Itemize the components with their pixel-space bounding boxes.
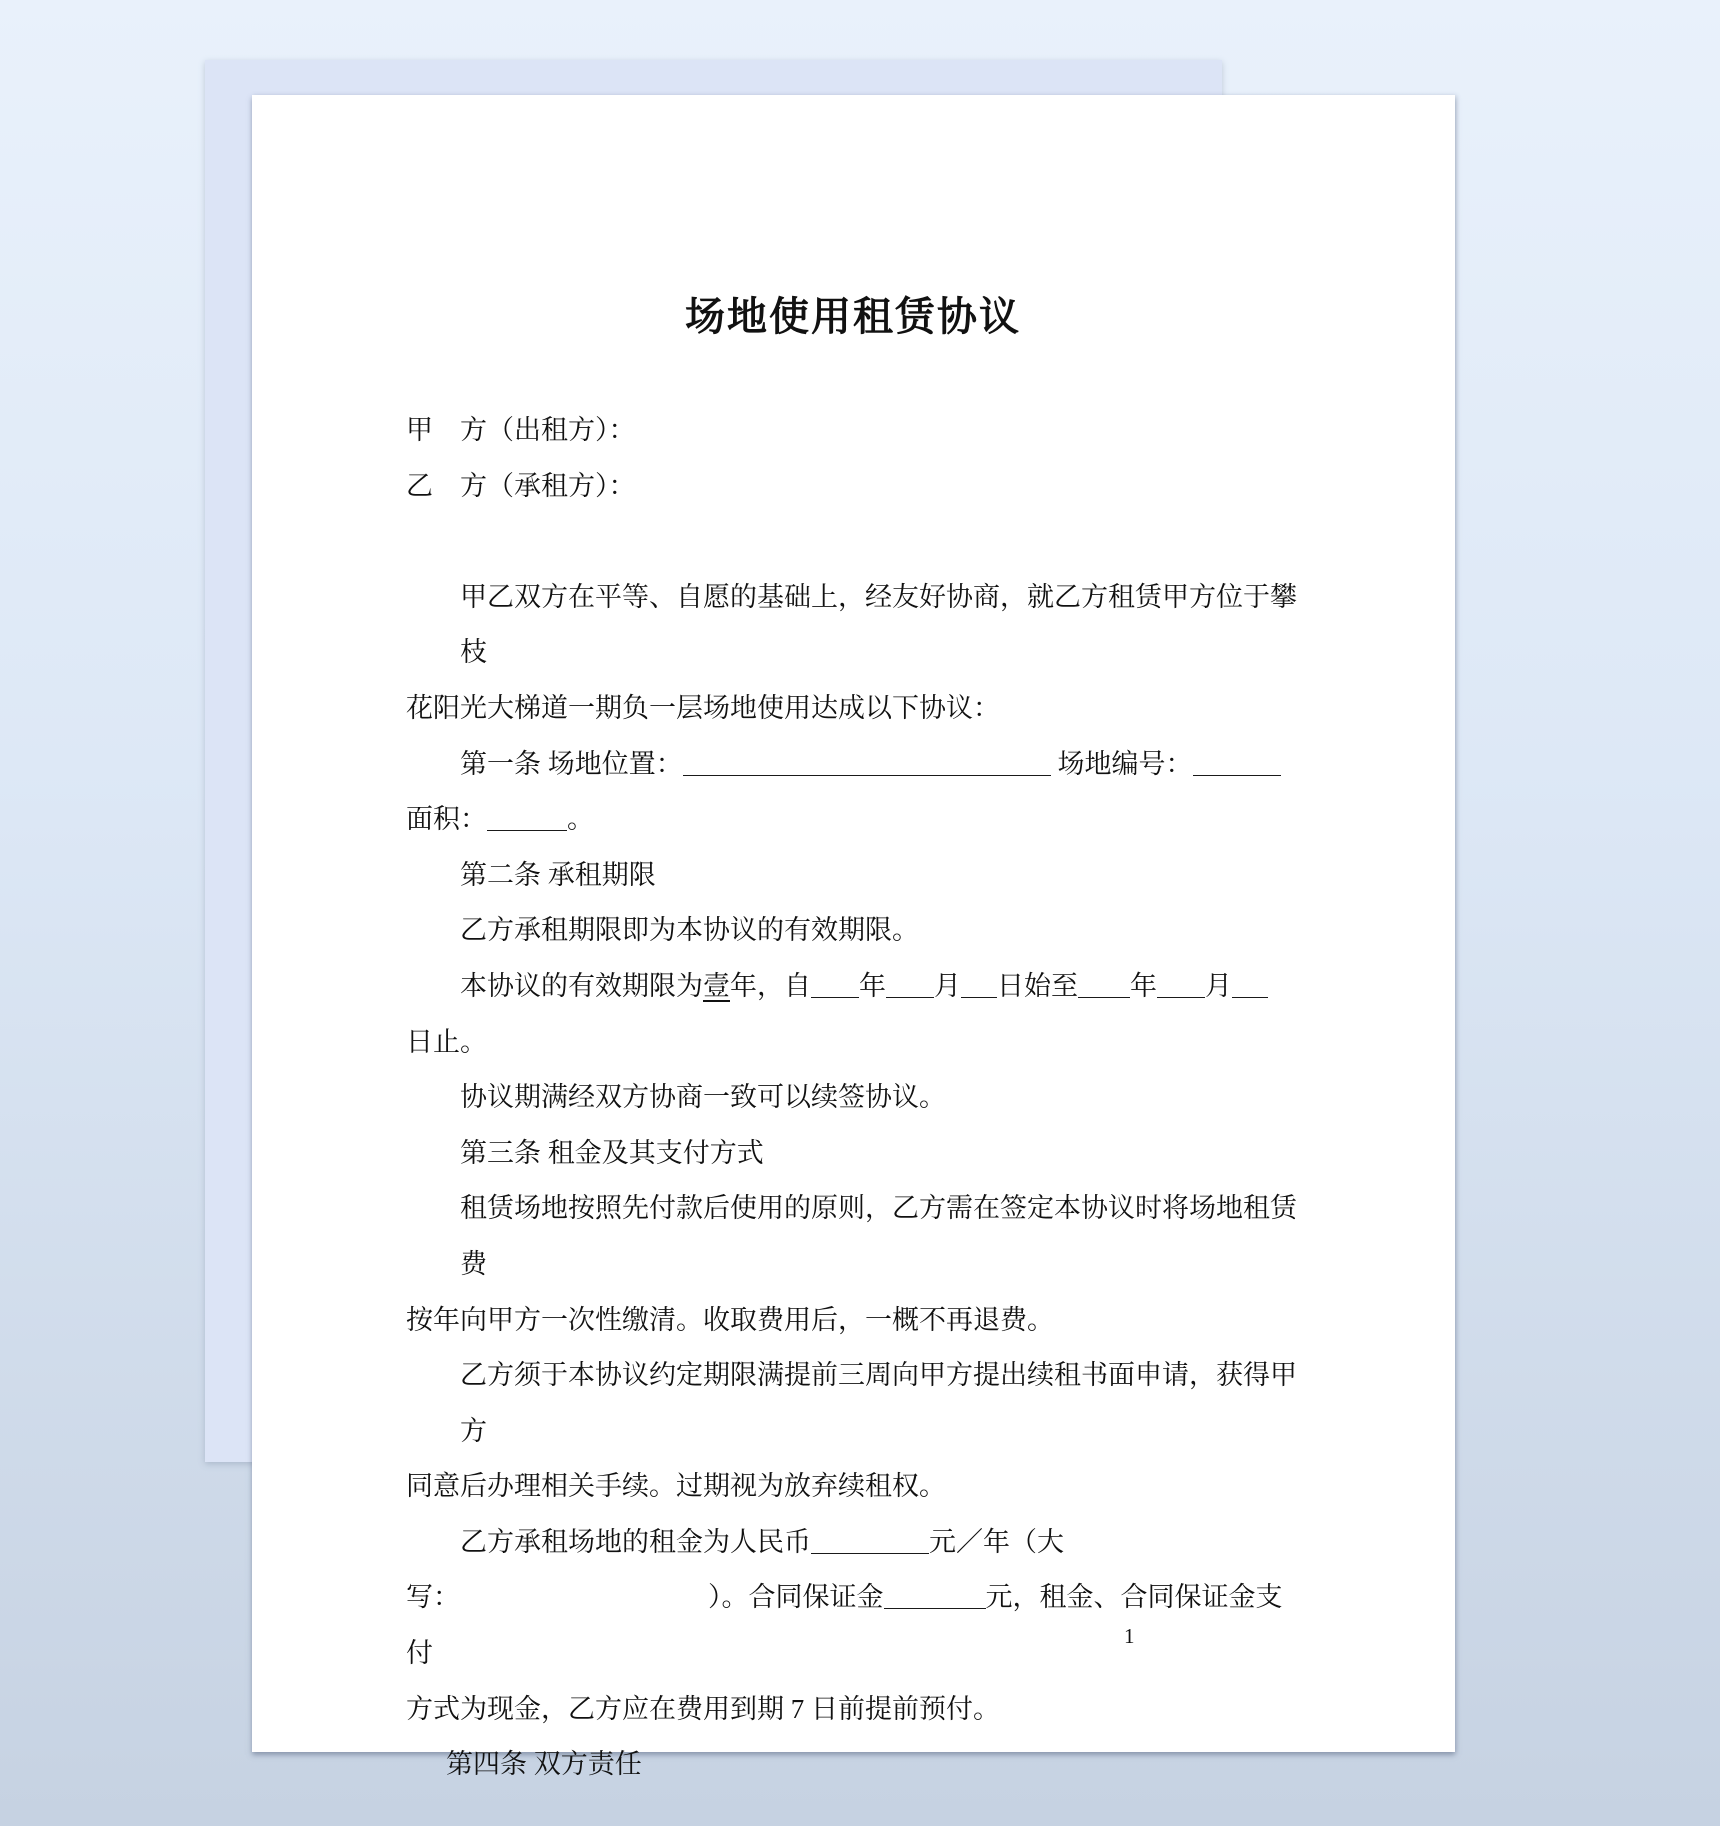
term-line-1: 乙方承租期限即为本协议的有效期限。 (406, 903, 1300, 959)
text-run: 。 (567, 804, 594, 834)
text-run: 日止。 (406, 1027, 487, 1057)
term-line-3: 日止。 (406, 1015, 1300, 1071)
rent-line-1: 租赁场地按照先付款后使用的原则，乙方需在签定本协议时将场地租赁费 (406, 1181, 1300, 1292)
text-run: 方式为现金，乙方应在费用到期 7 日前提前预付。 (406, 1694, 1000, 1724)
area-line: 面积：。 (406, 792, 1300, 848)
text-run: 第一条 场地位置： (460, 749, 683, 779)
renewal-line: 协议期满经双方协商一致可以续签协议。 (406, 1070, 1300, 1126)
text-run: 第三条 租金及其支付方式 (460, 1138, 764, 1168)
text-run: 元／年（大 (929, 1527, 1064, 1557)
text-run: 同意后办理相关手续。过期视为放弃续租权。 (406, 1471, 946, 1501)
fill-in-blank (1193, 748, 1281, 776)
text-run: 写： (406, 1582, 460, 1612)
fill-in-blank (1157, 970, 1205, 998)
text-run: 第四条 双方责任 (446, 1749, 642, 1779)
fill-in-blank (886, 970, 934, 998)
renewal-notice-line-1: 乙方须于本协议约定期限满提前三周向甲方提出续租书面申请，获得甲方 (406, 1348, 1300, 1459)
text-run: 年 (1130, 971, 1157, 1001)
rent-amount-line-2: 写：）。合同保证金元，租金、合同保证金支付 (406, 1570, 1300, 1681)
text-run: 场地编号： (1051, 749, 1193, 779)
text-run: 年 (859, 971, 886, 1001)
article-2-heading: 第二条 承租期限 (406, 848, 1300, 904)
fill-in-blank (811, 1526, 929, 1554)
party-b-line: 乙 方（承租方）： (406, 459, 1300, 515)
renewal-notice-line-2: 同意后办理相关手续。过期视为放弃续租权。 (406, 1459, 1300, 1515)
fill-in-blank (884, 1581, 986, 1609)
text-run: 甲乙双方在平等、自愿的基础上，经友好协商，就乙方租赁甲方位于攀枝 (460, 582, 1297, 668)
text-run: ）。合同保证金 (708, 1582, 884, 1612)
underlined-text: 壹 (703, 971, 730, 1001)
fill-in-blank (961, 970, 997, 998)
rent-line-2: 按年向甲方一次性缴清。收取费用后，一概不再退费。 (406, 1293, 1300, 1349)
rent-amount-line-1: 乙方承租场地的租金为人民币元／年（大 (406, 1515, 1300, 1571)
text-run: 乙方承租期限即为本协议的有效期限。 (460, 915, 919, 945)
article-1-line: 第一条 场地位置： 场地编号： (406, 737, 1300, 793)
text-run: 第二条 承租期限 (460, 860, 656, 890)
text-run: 本协议的有效期限为 (460, 971, 703, 1001)
document-page: 场地使用租赁协议 甲 方（出租方）：乙 方（承租方）：甲乙双方在平等、自愿的基础… (252, 95, 1455, 1752)
text-run: 租赁场地按照先付款后使用的原则，乙方需在签定本协议时将场地租赁费 (460, 1193, 1297, 1279)
rent-amount-line-3: 方式为现金，乙方应在费用到期 7 日前提前预付。 (406, 1682, 1300, 1738)
text-run: 花阳光大梯道一期负一层场地使用达成以下协议： (406, 693, 1000, 723)
document-body: 甲 方（出租方）：乙 方（承租方）：甲乙双方在平等、自愿的基础上，经友好协商，就… (406, 403, 1300, 1793)
fill-in-blank (1232, 970, 1268, 998)
party-a-line: 甲 方（出租方）： (406, 403, 1300, 459)
text-run: 甲 方（出租方）： (406, 415, 636, 445)
preamble-line-2: 花阳光大梯道一期负一层场地使用达成以下协议： (406, 681, 1300, 737)
text-run: 乙 方（承租方）： (406, 471, 636, 501)
text-run: 乙方须于本协议约定期限满提前三周向甲方提出续租书面申请，获得甲方 (460, 1360, 1297, 1446)
text-run: 日始至 (997, 971, 1078, 1001)
text-run: 月 (934, 971, 961, 1001)
text-run: 月 (1205, 971, 1232, 1001)
fill-in-blank (683, 748, 1051, 776)
blank-line (406, 514, 1300, 570)
article-4-heading: 第四条 双方责任 (406, 1737, 1300, 1793)
blank-space (460, 1579, 708, 1606)
text-run: 年，自 (730, 971, 811, 1001)
preamble-line-1: 甲乙双方在平等、自愿的基础上，经友好协商，就乙方租赁甲方位于攀枝 (406, 570, 1300, 681)
desk-background: 场地使用租赁协议 甲 方（出租方）：乙 方（承租方）：甲乙双方在平等、自愿的基础… (0, 0, 1720, 1826)
document-title: 场地使用租赁协议 (406, 293, 1300, 341)
term-line-2: 本协议的有效期限为壹年，自年月日始至年月 (406, 959, 1300, 1015)
text-run: 乙方承租场地的租金为人民币 (460, 1527, 811, 1557)
fill-in-blank (487, 803, 567, 831)
text-run: 面积： (406, 804, 487, 834)
text-run: 按年向甲方一次性缴清。收取费用后，一概不再退费。 (406, 1305, 1054, 1335)
text-run: 协议期满经双方协商一致可以续签协议。 (460, 1082, 946, 1112)
page-number: 1 (1124, 1623, 1135, 1649)
fill-in-blank (811, 970, 859, 998)
fill-in-blank (1078, 970, 1130, 998)
article-3-heading: 第三条 租金及其支付方式 (406, 1126, 1300, 1182)
